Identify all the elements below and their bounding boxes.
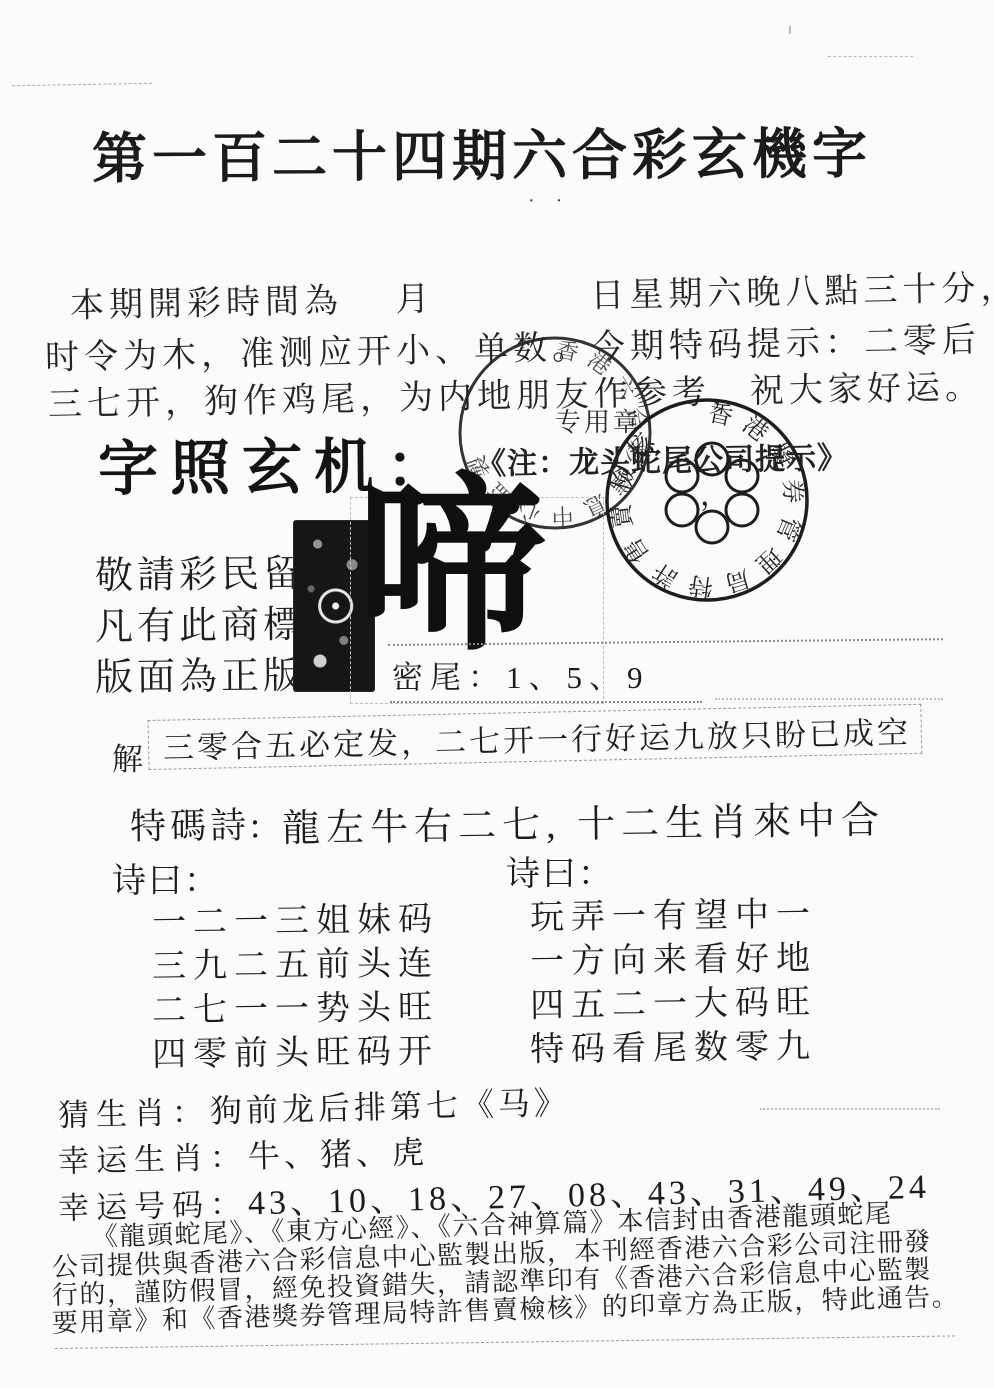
dotted-rule	[760, 1108, 940, 1110]
special-poem-text: 龍左牛右二七, 十二生肖來中合	[282, 789, 886, 852]
poem-right-heading: 诗曰：	[506, 846, 614, 895]
scan-artifact-speck	[789, 26, 791, 34]
zodiac-guess-value: 狗前龙后排第七《马》	[210, 1084, 571, 1129]
special-poem-label: 特碼詩:	[130, 797, 265, 850]
dotted-rule	[390, 701, 702, 703]
lottery-authority-stamp: 香港獎券管理局特許售賣檢核 ，	[602, 395, 812, 605]
notice-line-3: 版面為正版!	[95, 644, 322, 701]
zodiac-guess-label: 猜生肖：	[58, 1094, 211, 1133]
scan-artifact-dash	[12, 83, 152, 86]
lucky-zodiac-label: 幸运生肖：	[58, 1139, 249, 1179]
title-dots: · ·	[528, 190, 570, 213]
zodiac-guess-line: 猜生肖：狗前龙后排第七《马》	[57, 1077, 570, 1135]
page-title: 第一百二十四期六合彩玄機字	[92, 109, 873, 193]
poem-right-line: 特码看尾数零九	[530, 1018, 818, 1071]
scan-artifact-dash	[828, 56, 913, 57]
stamp-center-comma: ，	[700, 479, 730, 512]
lucky-zodiac-value: 牛、猪、虎	[248, 1134, 429, 1174]
secret-tail-text: 密尾：1、5、9	[392, 652, 650, 697]
solution-text: 三零合五必定发，二七开一行好运九放只盼已成空	[149, 707, 912, 768]
solution-label: 解	[112, 734, 143, 779]
solution-box: 三零合五必定发，二七开一行好运九放只盼已成空	[147, 704, 922, 770]
poem-left-line: 四零前头旺码开	[152, 1023, 440, 1076]
dotted-rule	[715, 698, 943, 700]
scan-artifact-dash-bottom	[55, 1335, 955, 1349]
scanned-lottery-flyer: 第一百二十四期六合彩玄機字 · · 本期開彩時間為 月 日星期六晚八點三十分， …	[0, 0, 994, 1388]
mystery-character: 啼	[356, 474, 546, 664]
